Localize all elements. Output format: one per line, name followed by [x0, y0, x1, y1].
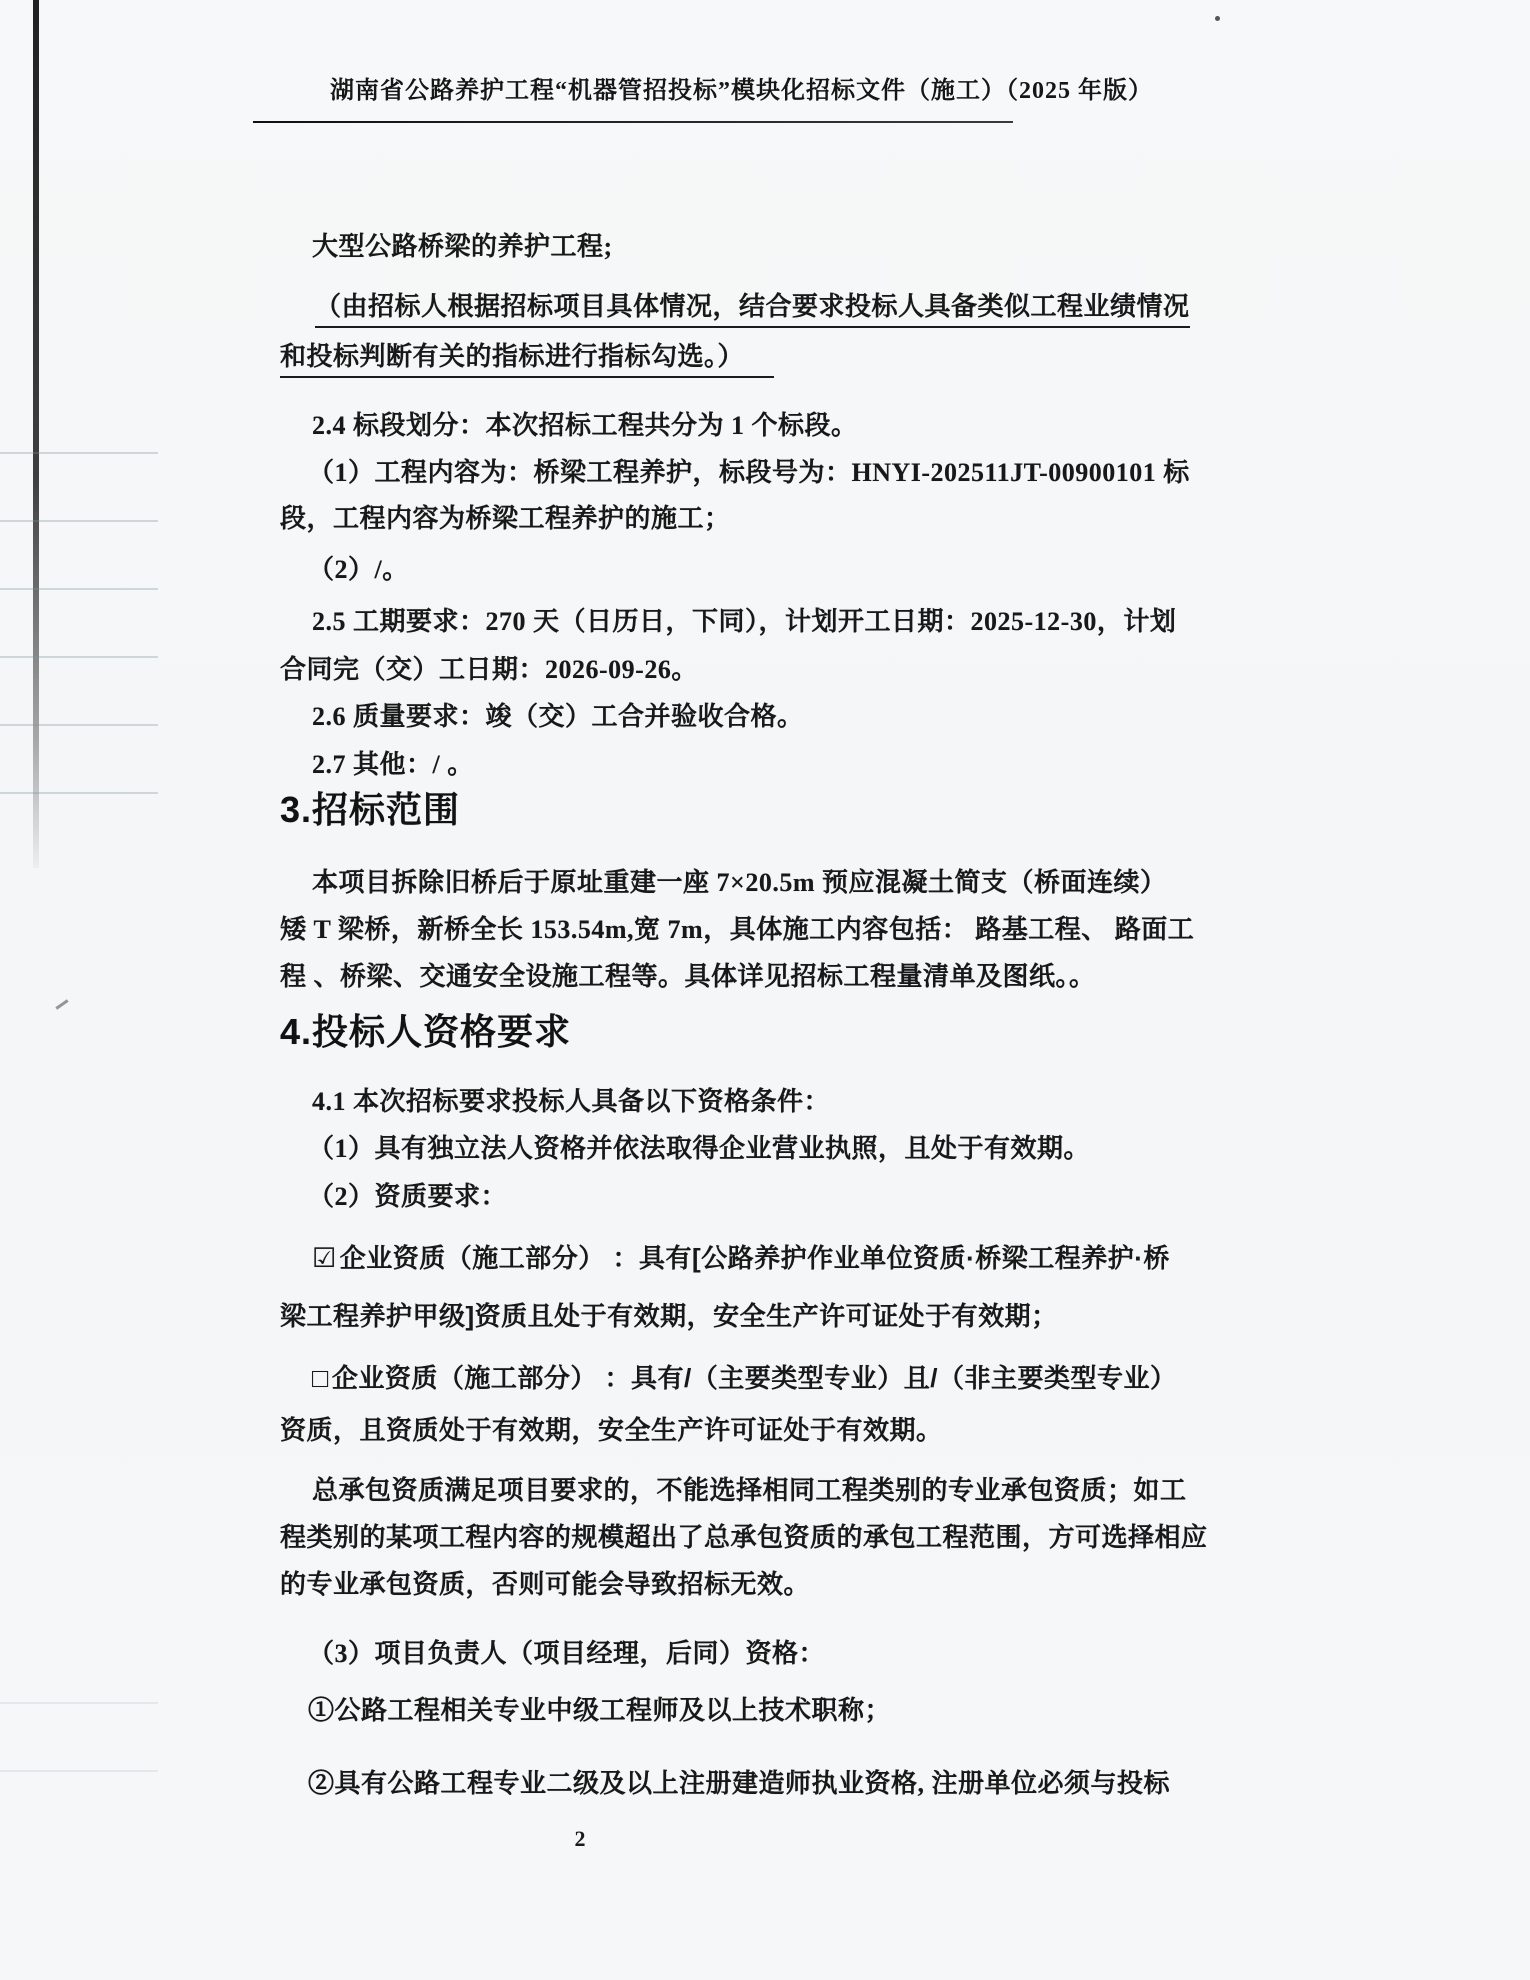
document-header-title: 湖南省公路养护工程“机器管招投标”模块化招标文件（施工）（2025 年版） — [330, 70, 1153, 105]
para-section-2-5-line1: 2.5 工期要求：270 天（日历日，下同），计划开工日期：2025-12-30… — [312, 602, 1176, 642]
para-general-contract-line2: 程类别的某项工程内容的规模超出了总承包资质的承包工程范围，方可选择相应 — [280, 1518, 1208, 1558]
scan-artifact-vertical-line — [33, 0, 39, 868]
para-general-contract-line3: 的专业承包资质，否则可能会导致招标无效。 — [280, 1565, 810, 1605]
para-section-2-7: 2.7 其他：/ 。 — [312, 745, 474, 785]
para-pm-requirement-1: ①公路工程相关专业中级工程师及以上技术职称； — [308, 1691, 891, 1731]
para-note-line2: 和投标判断有关的指标进行指标勾选。） — [280, 336, 774, 378]
para-general-contract-line1: 总承包资质满足项目要求的，不能选择相同工程类别的专业承包资质；如工 — [312, 1471, 1187, 1511]
para-section-3-line1: 本项目拆除旧桥后于原址重建一座 7×20.5m 预应混凝土简支（桥面连续） — [312, 863, 1166, 903]
para-section-2-6: 2.6 质量要求：竣（交）工合并验收合格。 — [312, 697, 804, 737]
document-page: 湖南省公路养护工程“机器管招投标”模块化招标文件（施工）（2025 年版） 大型… — [0, 0, 1530, 1980]
para-pm-requirement-2: ②具有公路工程专业二级及以上注册建造师执业资格, 注册单位必须与投标 — [308, 1764, 1170, 1804]
para-scope-intro: 大型公路桥梁的养护工程; — [312, 227, 613, 267]
qualification-checked-text: 企业资质（施工部分） ：具有[公路养护作业单位资质·桥梁工程养护·桥 — [340, 1243, 1170, 1273]
para-section-2-4-item1-line2: 段，工程内容为桥梁工程养护的施工； — [280, 499, 731, 539]
checkbox-unchecked-icon: □ — [312, 1358, 329, 1398]
scan-artifact-ruled-line — [0, 1702, 158, 1704]
heading-section-3: 3.招标范围 — [280, 786, 460, 834]
para-qualification-checked-line1: ☑企业资质（施工部分） ：具有[公路养护作业单位资质·桥梁工程养护·桥 — [312, 1238, 1170, 1278]
scan-artifact-ruled-line — [0, 724, 158, 726]
scan-artifact-ruled-line — [0, 452, 158, 454]
para-section-3-line3: 程 、桥梁、交通安全设施工程等。具体详见招标工程量清单及图纸。。 — [280, 957, 1096, 997]
para-section-4-1: 4.1 本次招标要求投标人具备以下资格条件： — [312, 1082, 830, 1122]
scan-artifact-ruled-line — [0, 792, 158, 794]
para-section-2-5-line2: 合同完（交）工日期：2026-09-26。 — [280, 650, 698, 690]
para-section-4-item2: （2）资质要求： — [308, 1177, 507, 1217]
para-note-line1: （由招标人根据招标项目具体情况，结合要求投标人具备类似工程业绩情况 — [315, 286, 1190, 328]
scan-artifact-dot — [1215, 16, 1220, 21]
para-qualification-checked-line2: 梁工程养护甲级]资质且处于有效期，安全生产许可证处于有效期； — [280, 1296, 1058, 1336]
para-section-2-4: 2.4 标段划分：本次招标工程共分为 1 个标段。 — [312, 406, 858, 446]
scan-artifact-ruled-line — [0, 588, 158, 590]
scan-artifact-ruled-line — [0, 1770, 158, 1772]
para-qualification-unchecked-line2: 资质，且资质处于有效期，安全生产许可证处于有效期。 — [280, 1410, 943, 1450]
para-section-2-4-item2: （2）/。 — [308, 550, 409, 590]
para-section-3-line2: 矮 T 梁桥，新桥全长 153.54m,宽 7m，具体施工内容包括： 路基工程、… — [280, 910, 1194, 950]
scan-artifact-ruled-line — [0, 656, 158, 658]
header-divider-line — [253, 121, 1013, 123]
checkbox-checked-icon: ☑ — [312, 1238, 337, 1278]
para-section-2-4-item1-line1: （1）工程内容为：桥梁工程养护，标段号为：HNYI-202511JT-00900… — [308, 453, 1190, 493]
heading-section-4: 4.投标人资格要求 — [280, 1008, 571, 1056]
scan-artifact-tick — [55, 999, 68, 1009]
qualification-unchecked-text: 企业资质（施工部分） ：具有/（主要类型专业）且/（非主要类型专业） — [332, 1363, 1177, 1393]
para-section-4-item3: （3）项目负责人（项目经理，后同）资格： — [308, 1634, 825, 1674]
page-number: 2 — [560, 1826, 600, 1852]
para-qualification-unchecked-line1: □企业资质（施工部分） ：具有/（主要类型专业）且/（非主要类型专业） — [312, 1358, 1176, 1398]
scan-artifact-ruled-line — [0, 520, 158, 522]
para-section-4-item1: （1）具有独立法人资格并依法取得企业营业执照，且处于有效期。 — [308, 1129, 1090, 1169]
